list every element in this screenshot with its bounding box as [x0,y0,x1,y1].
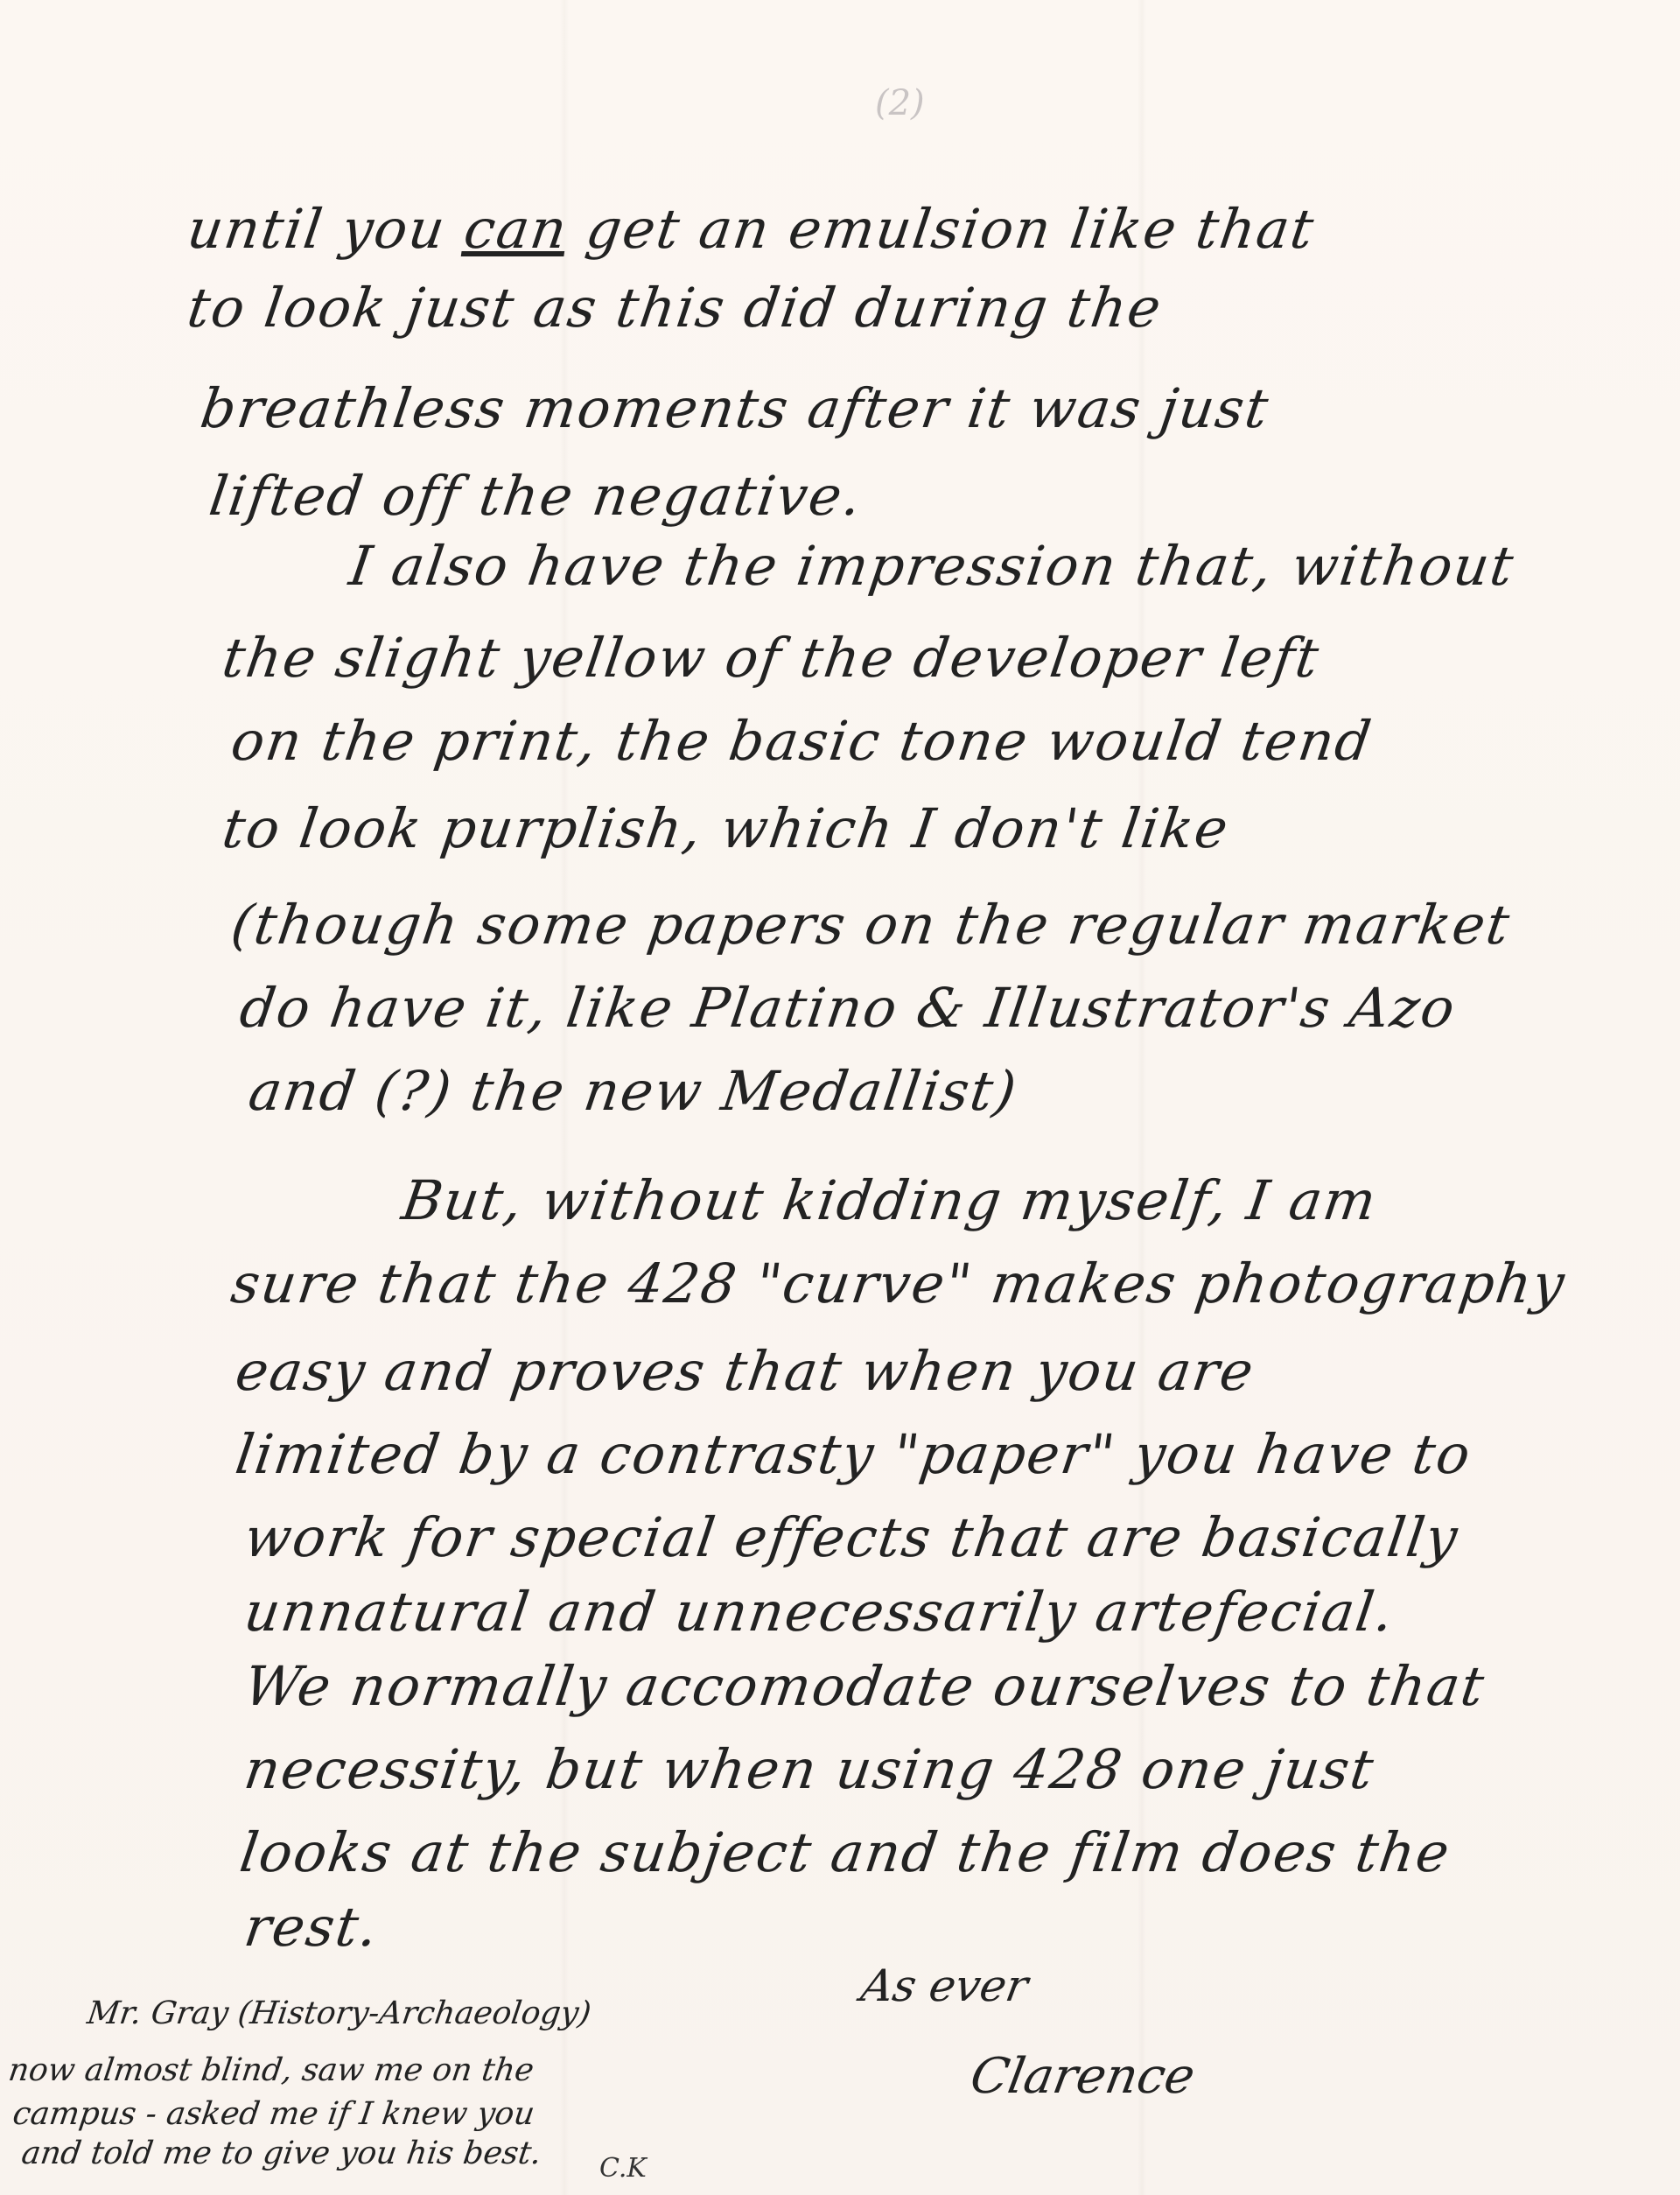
body-line-14: easy and proves that when you are [232,1339,1259,1403]
body-line-10: do have it, like Platino & Illustrator's… [236,976,1460,1040]
postscript-line-3: campus - asked me if I knew you [10,2096,536,2132]
body-line-11: and (?) the new Medallist) [245,1059,1022,1123]
body-line-1: until you can get an emulsion like that [184,197,1319,261]
body-line-6: the slight yellow of the developer left [219,626,1324,690]
postscript-line-1: Mr. Gray (History-Archaeology) [85,1995,593,2031]
body-line-3: breathless moments after it was just [197,376,1274,440]
page-number: (2) [875,83,925,123]
postscript-line-2: now almost blind, saw me on the [6,2052,536,2088]
body-line-13: sure that the 428 "curve" makes photogra… [227,1252,1570,1315]
body-line-21: rest. [241,1895,383,1959]
postscript-line-4: and told me to give you his best. [19,2135,543,2171]
body-line-9: (though some papers on the regular marke… [227,893,1515,957]
body-line-20: looks at the subject and the film does t… [236,1820,1455,1884]
closing: As ever [857,1960,1032,2011]
signature: Clarence [966,2048,1199,2105]
body-line-19: necessity, but when using 428 one just [241,1737,1379,1801]
body-line-16: work for special effects that are basica… [241,1505,1463,1569]
body-line-4: lifted off the negative. [206,464,866,528]
underlined-word: can [460,197,572,261]
body-line-12: But, without kidding myself, I am [398,1168,1382,1232]
body-line-8: to look purplish, which I don't like [219,796,1234,860]
body-line-2: to look just as this did during the [184,276,1166,340]
body-line-17: unnatural and unnecessarily artefecial. [241,1580,1399,1644]
body-line-15: limited by a contrasty "paper" you have … [232,1422,1476,1486]
body-line-7: on the print, the basic tone would tend [227,709,1376,773]
postscript-initials: C.K [599,2153,647,2184]
body-line-5: I also have the impression that, without [346,534,1519,598]
body-line-18: We normally accomodate ourselves to that [241,1654,1489,1718]
